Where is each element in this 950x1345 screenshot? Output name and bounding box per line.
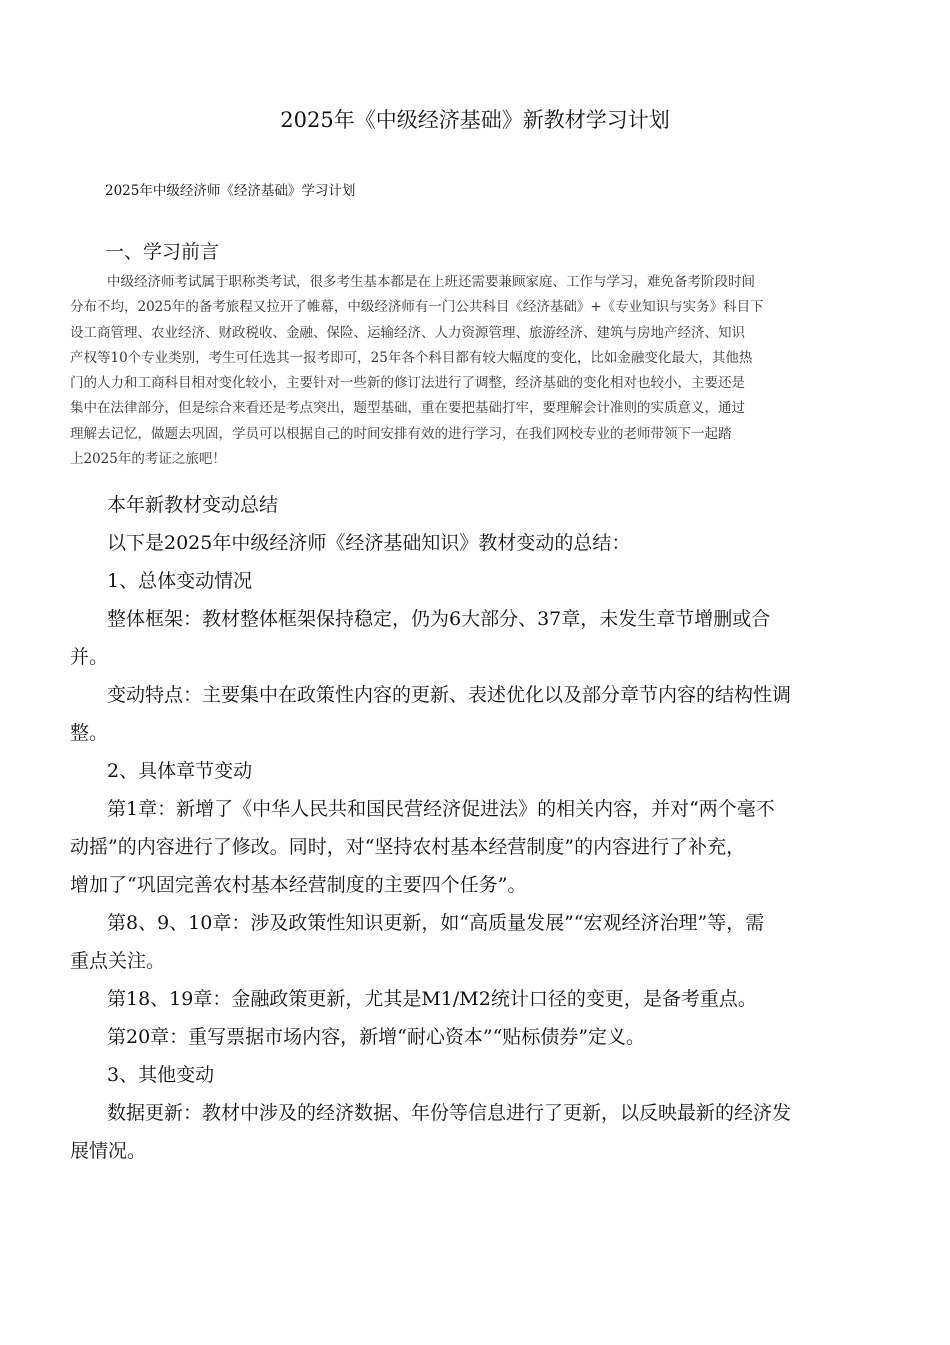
- subsection-heading-chapters: 2、具体章节变动: [70, 752, 880, 790]
- body-line: 第8、9、10章：涉及政策性知识更新，如“高质量发展”“宏观经济治理”等，需: [70, 904, 880, 942]
- body-line: 整。: [70, 714, 880, 752]
- changes-summary: 本年新教材变动总结 以下是2025年中级经济师《经济基础知识》教材变动的总结： …: [70, 486, 880, 1170]
- summary-heading: 本年新教材变动总结: [70, 486, 880, 524]
- subsection-heading-overall: 1、总体变动情况: [70, 562, 880, 600]
- intro-line: 集中在法律部分，但是综合来看还是考点突出，题型基础，重在要把基础打牢，要理解会计…: [70, 396, 880, 421]
- body-line: 展情况。: [70, 1132, 880, 1170]
- document-subtitle: 2025年中级经济师《经济基础》学习计划: [105, 179, 355, 199]
- intro-line: 理解去记忆，做题去巩固，学员可以根据自己的时间安排有效的进行学习，在我们网校专业…: [70, 422, 880, 447]
- intro-paragraph: 中级经济师考试属于职称类考试，很多考生基本都是在上班还需要兼顾家庭、工作与学习，…: [70, 270, 880, 472]
- summary-intro: 以下是2025年中级经济师《经济基础知识》教材变动的总结：: [70, 524, 880, 562]
- body-line: 并。: [70, 638, 880, 676]
- body-line: 数据更新：教材中涉及的经济数据、年份等信息进行了更新，以反映最新的经济发: [70, 1094, 880, 1132]
- intro-line: 产权等10个专业类别，考生可任选其一报考即可，25年各个科目都有较大幅度的变化，…: [70, 346, 880, 371]
- intro-line: 上2025年的考证之旅吧！: [70, 447, 880, 472]
- body-line: 动摇”的内容进行了修改。同时，对“坚持农村基本经营制度”的内容进行了补充，: [70, 828, 880, 866]
- document-title: 2025年《中级经济基础》新教材学习计划: [0, 104, 950, 134]
- section-heading-preface: 一、学习前言: [105, 237, 219, 264]
- document-page: 2025年《中级经济基础》新教材学习计划 2025年中级经济师《经济基础》学习计…: [0, 0, 950, 1345]
- body-line: 第18、19章：金融政策更新，尤其是M1/M2统计口径的变更，是备考重点。: [70, 980, 880, 1018]
- subsection-heading-other: 3、其他变动: [70, 1056, 880, 1094]
- body-line: 变动特点：主要集中在政策性内容的更新、表述优化以及部分章节内容的结构性调: [70, 676, 880, 714]
- body-line: 整体框架：教材整体框架保持稳定，仍为6大部分、37章，未发生章节增删或合: [70, 600, 880, 638]
- body-line: 第20章：重写票据市场内容，新增“耐心资本”“贴标债券”定义。: [70, 1018, 880, 1056]
- body-line: 增加了“巩固完善农村基本经营制度的主要四个任务”。: [70, 866, 880, 904]
- intro-line: 中级经济师考试属于职称类考试，很多考生基本都是在上班还需要兼顾家庭、工作与学习，…: [70, 270, 880, 295]
- intro-line: 门的人力和工商科目相对变化较小，主要针对一些新的修订法进行了调整，经济基础的变化…: [70, 371, 880, 396]
- body-line: 重点关注。: [70, 942, 880, 980]
- intro-line: 分布不均，2025年的备考旅程又拉开了帷幕，中级经济师有一门公共科目《经济基础》…: [70, 295, 880, 320]
- body-line: 第1章：新增了《中华人民共和国民营经济促进法》的相关内容，并对“两个毫不: [70, 790, 880, 828]
- intro-line: 设工商管理、农业经济、财政税收、金融、保险、运输经济、人力资源管理、旅游经济、建…: [70, 321, 880, 346]
